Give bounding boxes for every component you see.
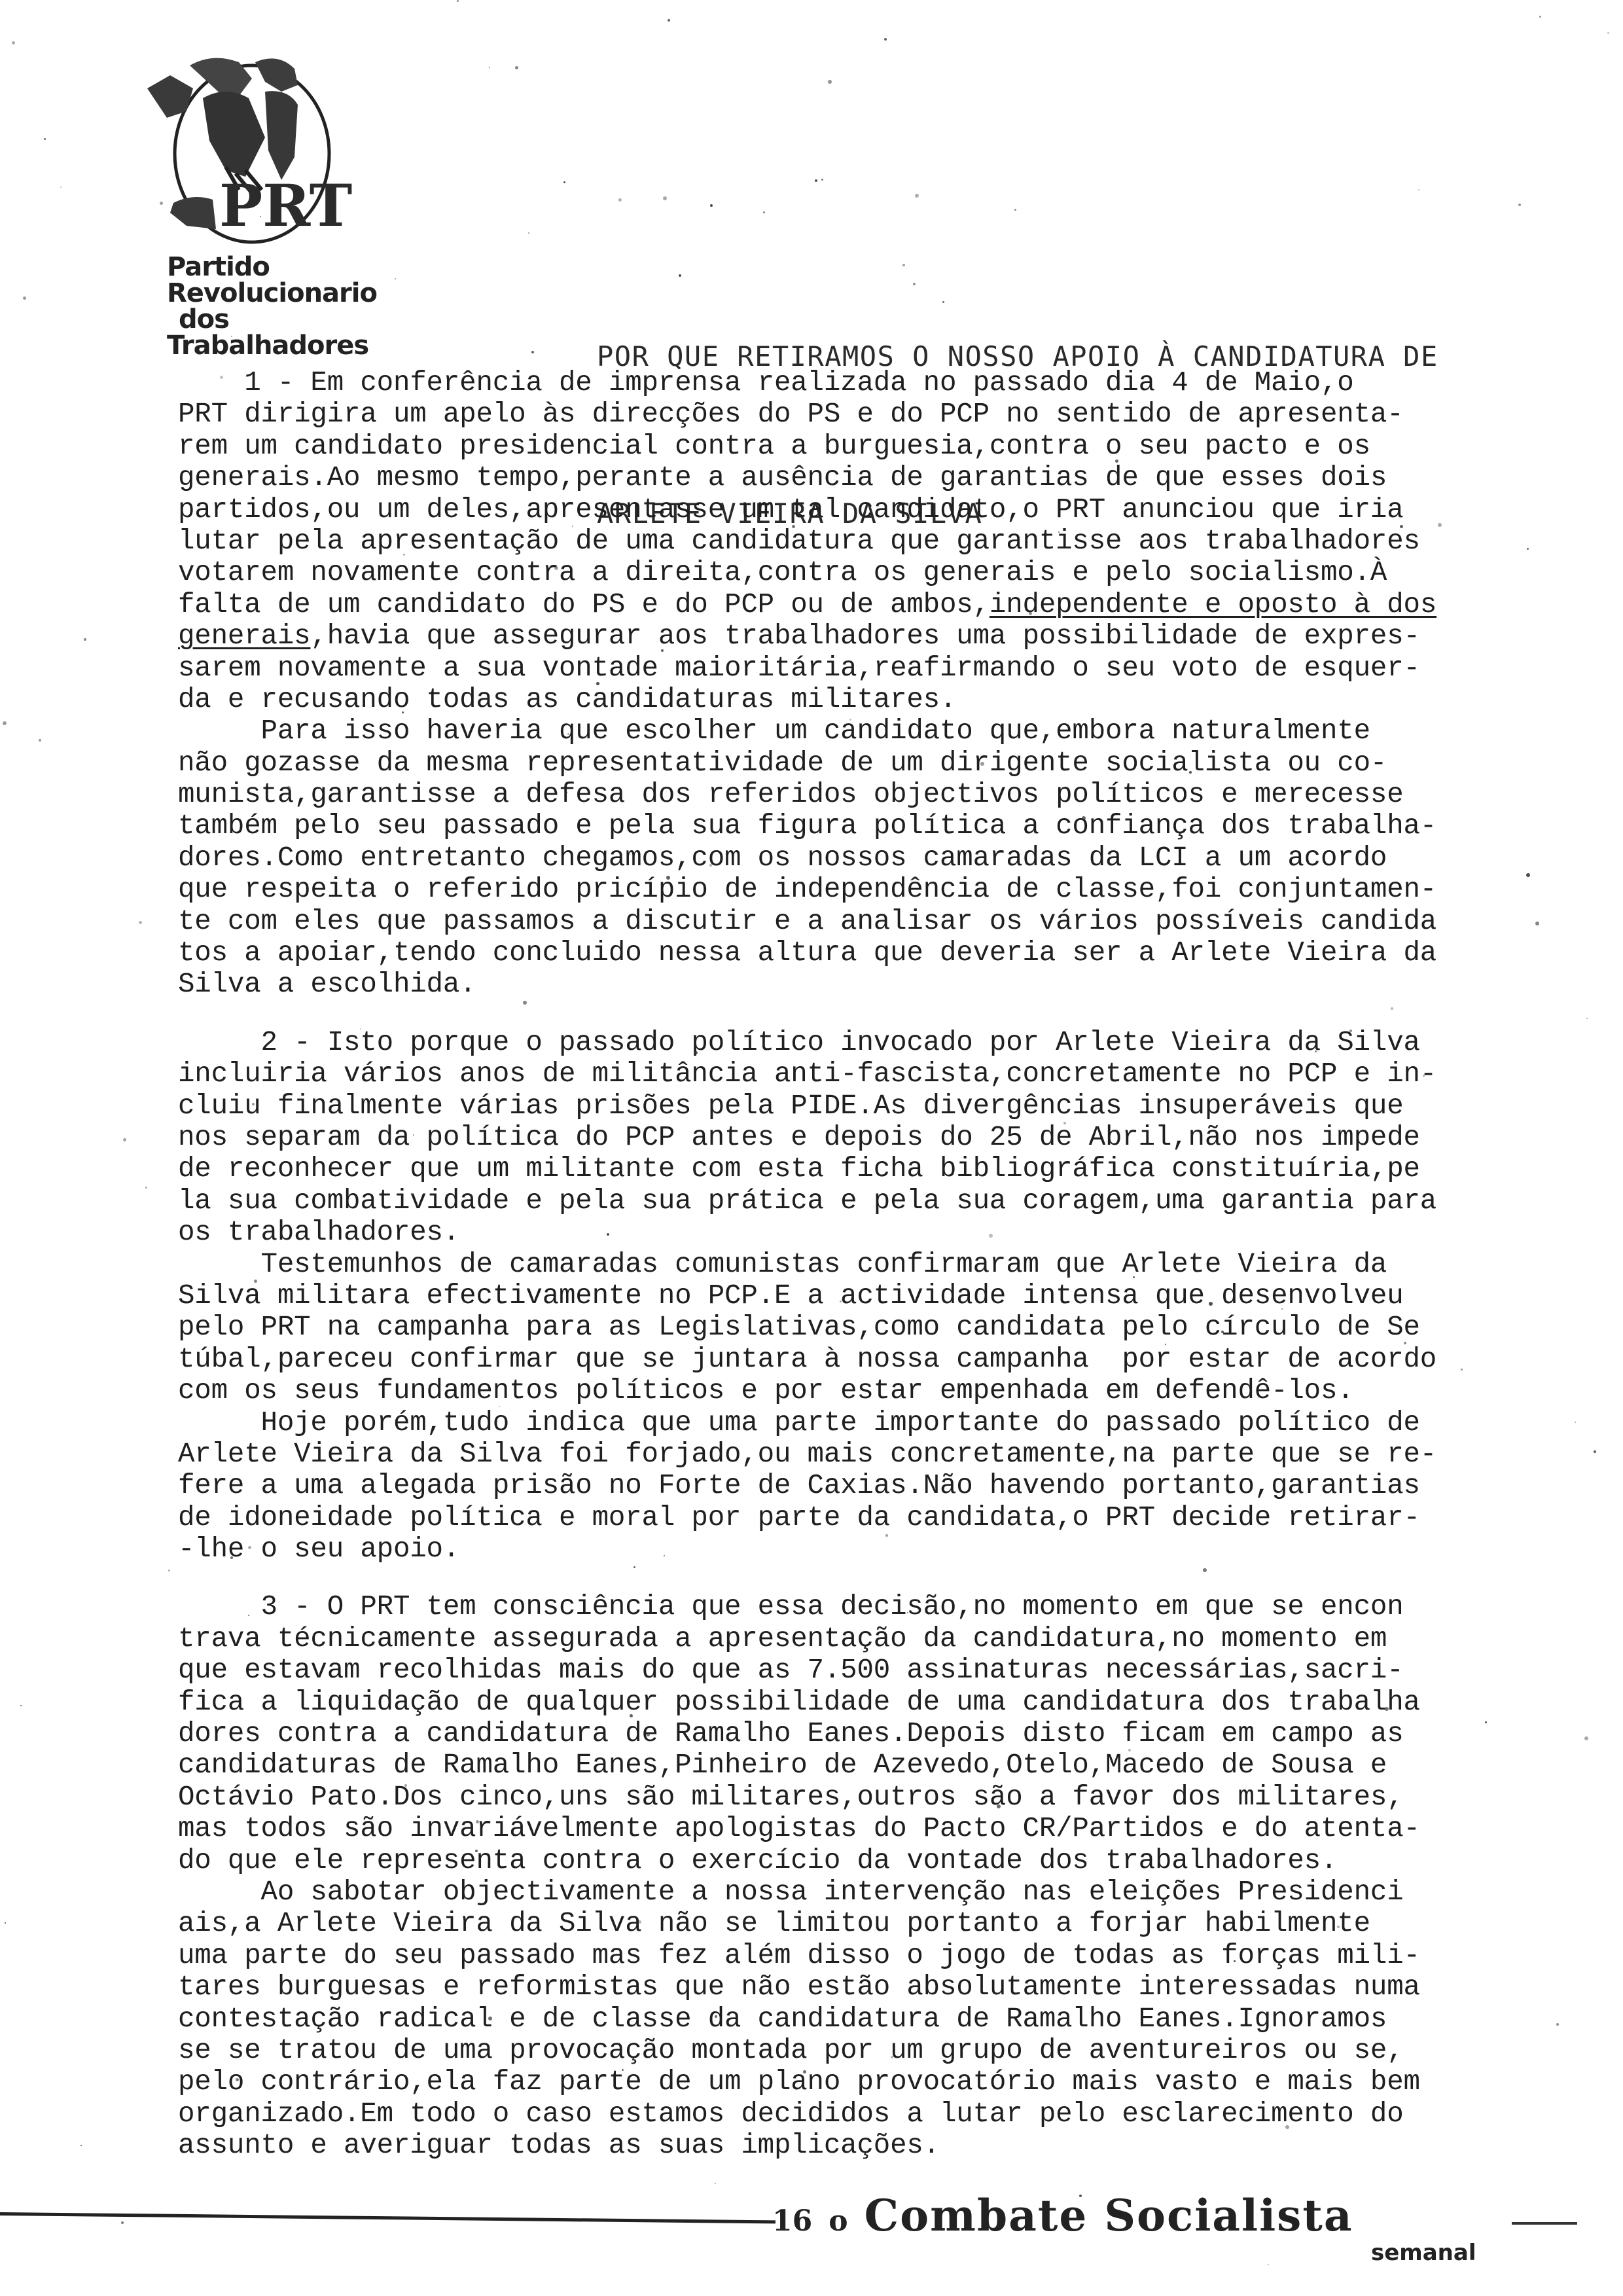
text-line: falta de um candidato do PS e do PCP ou …	[178, 589, 1526, 620]
scan-speck	[457, 0, 459, 2]
scan-speck	[1315, 1050, 1317, 1052]
scan-speck	[449, 788, 452, 791]
scan-speck	[1404, 1342, 1406, 1344]
scan-speck	[60, 187, 62, 188]
scan-speck	[168, 1570, 170, 1571]
paragraph-gap	[178, 1565, 1526, 1591]
text-run: partidos,ou um deles,apresentasse um tal…	[178, 494, 1404, 526]
text-run: se se tratou de uma provocação montada p…	[178, 2035, 1404, 2066]
text-line: incluiria vários anos de militância anti…	[178, 1058, 1526, 1090]
scan-speck	[1196, 1204, 1200, 1208]
publication-name: Combate Socialista	[865, 2190, 1353, 2241]
text-line: trava técnicamente assegurada a apresent…	[178, 1623, 1526, 1655]
party-name-line: Trabalhadores	[167, 332, 377, 359]
text-run: não gozasse da mesma representatividade …	[178, 747, 1387, 779]
text-run: fere a uma alegada prisão no Forte de Ca…	[178, 1470, 1420, 1501]
scan-speck	[803, 2070, 806, 2073]
scan-speck	[647, 1733, 650, 1736]
text-run: também pelo seu passado e pela sua figur…	[178, 810, 1436, 842]
scan-speck	[1173, 1944, 1174, 1945]
text-line: de idoneidade política e moral por parte…	[178, 1502, 1526, 1534]
text-line: contestação radical e de classe da candi…	[178, 2003, 1526, 2035]
text-run: munista,garantisse a defesa dos referido…	[178, 779, 1404, 810]
scan-speck	[902, 264, 905, 266]
text-line: rem um candidato presidencial contra a b…	[178, 431, 1526, 462]
scan-speck	[254, 1280, 257, 1283]
scan-speck	[891, 2056, 893, 2058]
text-line: Testemunhos de camaradas comunistas conf…	[178, 1249, 1526, 1280]
scan-speck	[531, 351, 534, 353]
scan-speck	[413, 1134, 414, 1136]
scan-speck	[1058, 531, 1060, 533]
text-line: da e recusando todas as candidaturas mil…	[178, 684, 1526, 715]
party-name-line: Revolucionario	[167, 280, 377, 306]
scan-speck	[1203, 1568, 1207, 1572]
scan-speck	[715, 2015, 717, 2018]
text-run: tos a apoiar,tendo concluido nessa altur…	[178, 937, 1436, 969]
scan-speck	[1268, 2264, 1269, 2265]
text-run: 3 - O PRT tem consciência que essa decis…	[178, 1591, 1404, 1623]
scan-speck	[910, 1395, 912, 1397]
scan-speck	[1131, 1798, 1133, 1801]
scan-speck	[638, 1920, 641, 1924]
text-line: cluiu finalmente várias prisões pela PID…	[178, 1090, 1526, 1122]
scan-speck	[1337, 1926, 1340, 1928]
scan-speck	[1607, 32, 1609, 34]
scan-speck	[1535, 922, 1539, 925]
scan-speck	[661, 649, 664, 652]
prt-logo: PRT	[141, 26, 357, 249]
text-line: mas todos são invariávelmente apologista…	[178, 1813, 1526, 1844]
scan-speck	[618, 198, 622, 202]
scan-speck	[475, 1850, 478, 1852]
scan-speck	[1518, 204, 1521, 206]
scan-speck	[476, 1820, 479, 1823]
scan-speck	[488, 2017, 492, 2020]
scan-speck	[799, 958, 800, 959]
text-run: nos separam da política do PCP antes e d…	[178, 1122, 1420, 1153]
scan-speck	[403, 554, 405, 556]
scan-speck	[1423, 1075, 1425, 1077]
text-run: dores.Como entretanto chegamos,com os no…	[178, 842, 1387, 874]
scan-speck	[709, 864, 712, 867]
text-line: dores.Como entretanto chegamos,com os no…	[178, 842, 1526, 874]
scan-speck	[1594, 1450, 1596, 1453]
scan-speck	[1584, 1736, 1588, 1740]
scan-speck	[236, 2078, 239, 2081]
text-line: votarem novamente contra a direita,contr…	[178, 557, 1526, 588]
text-line: Para isso haveria que escolher um candid…	[178, 715, 1526, 747]
scan-speck	[633, 1566, 635, 1568]
scan-speck	[1539, 16, 1541, 18]
text-line: organizado.Em todo o caso estamos decidi…	[178, 2098, 1526, 2130]
scan-speck	[989, 1234, 993, 1238]
scan-speck	[815, 179, 817, 182]
scan-speck	[1527, 548, 1529, 550]
scan-speck	[404, 1784, 407, 1787]
scan-speck	[5, 1922, 6, 1924]
text-line: assunto e averiguar todas as suas implic…	[178, 2130, 1526, 2161]
scan-speck	[849, 719, 851, 721]
text-line: -lhe o seu apoio.	[178, 1534, 1526, 1565]
text-line: candidaturas de Ramalho Eanes,Pinheiro d…	[178, 1749, 1526, 1781]
scan-speck	[381, 1697, 383, 1699]
scan-speck	[907, 1612, 908, 1613]
text-run: rem um candidato presidencial contra a b…	[178, 431, 1370, 462]
scan-speck	[885, 1534, 888, 1537]
text-run: contestação radical e de classe da candi…	[178, 2003, 1387, 2035]
text-line: também pelo seu passado e pela sua figur…	[178, 810, 1526, 842]
scan-speck	[1079, 2195, 1082, 2197]
scan-speck	[1461, 1369, 1463, 1371]
scan-speck	[528, 232, 529, 234]
text-line: te com eles que passamos a discutir e a …	[178, 906, 1526, 937]
text-run: votarem novamente contra a direita,contr…	[178, 557, 1387, 588]
text-line: se se tratou de uma provocação montada p…	[178, 2035, 1526, 2066]
scan-speck	[12, 41, 15, 45]
text-run: Silva militara efectivamente no PCP.E a …	[178, 1280, 1404, 1312]
text-line: de reconhecer que um militante com esta …	[178, 1153, 1526, 1185]
scan-speck	[1014, 209, 1016, 211]
text-run: organizado.Em todo o caso estamos decidi…	[178, 2098, 1404, 2130]
scan-speck	[1526, 873, 1530, 877]
text-line: sarem novamente a sua vontade maioritári…	[178, 653, 1526, 684]
scan-speck	[160, 202, 163, 205]
text-run: que respeita o referido pricípio de inde…	[178, 874, 1436, 905]
text-run: os trabalhadores.	[178, 1217, 459, 1248]
scan-speck	[39, 739, 41, 742]
prt-worker-emblem-icon: PRT	[141, 26, 357, 249]
text-run: 2 - Isto porque o passado político invoc…	[178, 1027, 1420, 1058]
text-run: Testemunhos de camaradas comunistas conf…	[178, 1249, 1387, 1280]
text-line: 1 - Em conferência de imprensa realizada…	[178, 367, 1526, 399]
text-run: de reconhecer que um militante com esta …	[178, 1153, 1420, 1185]
scan-speck	[1165, 1344, 1166, 1345]
scan-speck	[1285, 2125, 1289, 2129]
text-line: túbal,pareceu confirmar que se juntara à…	[178, 1344, 1526, 1375]
scan-speck	[1349, 1030, 1352, 1032]
text-run: Para isso haveria que escolher um candid…	[178, 715, 1370, 747]
text-run: trava técnicamente assegurada a apresent…	[178, 1623, 1387, 1655]
scan-speck	[1234, 1960, 1236, 1962]
text-line: lutar pela apresentação de uma candidatu…	[178, 526, 1526, 557]
text-run: falta de um candidato do PS e do PCP ou …	[178, 589, 990, 620]
article-body: 1 - Em conferência de imprensa realizada…	[178, 367, 1526, 2161]
scan-speck	[395, 278, 396, 279]
underlined-text: generais	[178, 620, 310, 652]
text-line: PRT dirigira um apelo às direcções do PS…	[178, 399, 1526, 430]
scan-speck	[248, 1615, 249, 1616]
text-line: tos a apoiar,tendo concluido nessa altur…	[178, 937, 1526, 969]
text-run: com os seus fundamentos políticos e por …	[178, 1375, 1354, 1407]
text-run: tares burguesas e reformistas que não es…	[178, 1971, 1420, 2003]
scan-speck	[572, 526, 573, 527]
scan-speck	[630, 1714, 633, 1717]
scan-speck	[607, 1233, 609, 1236]
scan-speck	[1063, 1122, 1066, 1124]
scan-speck	[594, 1066, 595, 1067]
text-run: la sua combatividade e pela sua prática …	[178, 1185, 1436, 1217]
document-page: PRT Partido Revolucionario dos Trabalhad…	[0, 0, 1623, 2296]
scan-speck	[554, 566, 558, 570]
scan-speck	[679, 274, 681, 277]
scan-speck	[1115, 459, 1118, 463]
text-line: Silva a escolhida.	[178, 969, 1526, 1000]
text-run: Octávio Pato.Dos cinco,uns são militares…	[178, 1782, 1404, 1813]
text-line: do que ele representa contra o exercício…	[178, 1845, 1526, 1876]
text-line: tares burguesas e reformistas que não es…	[178, 1971, 1526, 2003]
scan-speck	[622, 2069, 624, 2071]
party-name-line: Partido	[167, 254, 377, 280]
text-line: com os seus fundamentos políticos e por …	[178, 1375, 1526, 1407]
scan-speck	[20, 1705, 22, 1706]
scan-speck	[840, 1300, 842, 1302]
text-line: que respeita o referido pricípio de inde…	[178, 874, 1526, 905]
scan-speck	[1391, 1007, 1393, 1010]
scan-speck	[499, 1406, 500, 1407]
underlined-text: independente e oposto à dos	[990, 589, 1436, 620]
text-run: -lhe o seu apoio.	[178, 1534, 459, 1565]
text-run: dores contra a candidatura de Ramalho Ea…	[178, 1718, 1404, 1749]
text-run: assunto e averiguar todas as suas implic…	[178, 2130, 940, 2161]
scan-speck	[980, 762, 984, 766]
text-run: Arlete Vieira da Silva foi forjado,ou ma…	[178, 1439, 1436, 1470]
scan-speck	[596, 682, 599, 685]
text-line: Octávio Pato.Dos cinco,uns são militares…	[178, 1782, 1526, 1813]
text-run: te com eles que passamos a discutir e a …	[178, 906, 1436, 937]
scan-speck	[566, 792, 567, 793]
text-run: ,havia que assegurar aos trabalhadores u…	[310, 620, 1419, 652]
text-line: os trabalhadores.	[178, 1217, 1526, 1248]
text-run: do que ele representa contra o exercício…	[178, 1845, 1337, 1876]
masthead-prefix: o	[829, 2204, 847, 2238]
text-line: pelo contrário,ela faz parte de um plano…	[178, 2066, 1526, 2098]
scan-speck	[1082, 816, 1086, 820]
scan-speck	[360, 1028, 361, 1030]
text-line: Silva militara efectivamente no PCP.E a …	[178, 1280, 1526, 1312]
scan-speck	[402, 711, 404, 713]
scan-speck	[145, 1187, 147, 1189]
scan-speck	[403, 918, 406, 921]
scan-speck	[715, 2183, 716, 2184]
scan-speck	[84, 638, 86, 641]
scan-speck	[489, 67, 490, 68]
scan-speck	[1209, 1302, 1213, 1306]
scan-speck	[1438, 523, 1442, 527]
text-run: PRT dirigira um apelo às direcções do PS…	[178, 399, 1404, 430]
text-line: generais,havia que assegurar aos trabalh…	[178, 620, 1526, 652]
text-run: candidaturas de Ramalho Eanes,Pinheiro d…	[178, 1749, 1387, 1781]
text-line: fica a liquidação de qualquer possibilid…	[178, 1687, 1526, 1718]
scan-speck	[23, 296, 26, 300]
text-line: dores contra a candidatura de Ramalho Ea…	[178, 1718, 1526, 1749]
text-run: túbal,pareceu confirmar que se juntara à…	[178, 1344, 1436, 1375]
text-run: de idoneidade política e moral por parte…	[178, 1502, 1420, 1534]
text-run: incluiria vários anos de militância anti…	[178, 1058, 1436, 1090]
text-run: generais.Ao mesmo tempo,perante a ausênc…	[178, 462, 1387, 493]
text-run: pelo contrário,ela faz parte de um plano…	[178, 2066, 1420, 2098]
scan-speck	[942, 301, 944, 303]
text-run: uma parte do seu passado mas fez além di…	[178, 1940, 1420, 1971]
scan-speck	[260, 216, 261, 217]
text-run: ais,a Arlete Vieira da Silva não se limi…	[178, 1908, 1370, 1939]
text-line: fere a uma alegada prisão no Forte de Ca…	[178, 1470, 1526, 1501]
scan-speck	[1189, 771, 1192, 774]
scan-speck	[231, 336, 232, 337]
scan-speck	[269, 629, 270, 630]
text-run: cluiu finalmente várias prisões pela PID…	[178, 1090, 1404, 1122]
scan-speck	[1485, 1721, 1487, 1723]
scan-speck	[359, 891, 362, 893]
scan-speck	[792, 525, 795, 528]
text-run: lutar pela apresentação de uma candidatu…	[178, 526, 1420, 557]
scan-speck	[287, 786, 291, 790]
scan-speck	[1556, 2023, 1559, 2026]
scan-speck	[664, 1555, 665, 1556]
text-line: não gozasse da mesma representatividade …	[178, 747, 1526, 779]
text-run: pelo PRT na campanha para as Legislativa…	[178, 1312, 1420, 1343]
scan-speck	[821, 179, 823, 181]
scan-speck	[220, 376, 223, 379]
text-line: que estavam recolhidas mais do que as 7.…	[178, 1655, 1526, 1686]
party-name: Partido Revolucionario dos Trabalhadores	[167, 254, 377, 359]
scan-speck	[763, 211, 765, 213]
scan-speck	[666, 876, 670, 880]
party-name-line: dos	[167, 306, 377, 332]
text-line: generais.Ao mesmo tempo,perante a ausênc…	[178, 462, 1526, 493]
scan-speck	[1029, 612, 1032, 615]
text-line: 3 - O PRT tem consciência que essa decis…	[178, 1591, 1526, 1623]
scan-speck	[139, 921, 142, 924]
text-line: Arlete Vieira da Silva foi forjado,ou ma…	[178, 1439, 1526, 1470]
scan-speck	[710, 204, 713, 207]
text-line: uma parte do seu passado mas fez além di…	[178, 1940, 1526, 1971]
footer-rule-right	[1512, 2222, 1577, 2225]
scan-speck	[668, 19, 670, 22]
scan-speck	[1400, 525, 1403, 528]
scan-speck	[523, 1001, 527, 1005]
text-run: Silva a escolhida.	[178, 969, 476, 1000]
scan-speck	[230, 1556, 233, 1559]
text-line: partidos,ou um deles,apresentasse um tal…	[178, 494, 1526, 526]
scan-speck	[997, 1804, 1001, 1808]
paragraph-gap	[178, 1001, 1526, 1027]
text-line: pelo PRT na campanha para as Legislativa…	[178, 1312, 1526, 1343]
footer-rule-left	[0, 2212, 776, 2223]
scan-speck	[913, 283, 916, 285]
scan-speck	[44, 138, 46, 140]
scan-speck	[1133, 1276, 1135, 1278]
publication-masthead: 16 o Combate Socialista	[772, 2193, 1353, 2244]
scan-speck	[567, 733, 569, 735]
scan-speck	[915, 194, 919, 198]
scan-speck	[730, 1729, 731, 1731]
text-line: munista,garantisse a defesa dos referido…	[178, 779, 1526, 810]
text-run: fica a liquidação de qualquer possibilid…	[178, 1687, 1420, 1718]
scan-speck	[3, 721, 7, 725]
text-run: mas todos são invariávelmente apologista…	[178, 1813, 1420, 1844]
scan-speck	[1281, 1308, 1283, 1310]
scan-speck	[784, 1047, 785, 1049]
scan-speck	[884, 38, 887, 41]
scan-speck	[1221, 1331, 1224, 1333]
text-line: la sua combatividade e pela sua prática …	[178, 1185, 1526, 1217]
scan-speck	[694, 1051, 698, 1054]
scan-speck	[123, 1138, 126, 1141]
text-run: da e recusando todas as candidaturas mil…	[178, 684, 956, 715]
page-number: 16	[772, 2204, 812, 2238]
scan-speck	[515, 66, 518, 69]
text-run: 1 - Em conferência de imprensa realizada…	[178, 367, 1354, 399]
scan-speck	[248, 1546, 251, 1549]
scan-speck	[1385, 1707, 1389, 1711]
scan-speck	[563, 181, 565, 183]
scan-speck	[1586, 1018, 1588, 1019]
scan-speck	[1277, 2047, 1278, 2048]
text-line: ais,a Arlete Vieira da Silva não se limi…	[178, 1908, 1526, 1939]
scan-speck	[1418, 189, 1419, 190]
text-line: nos separam da política do PCP antes e d…	[178, 1122, 1526, 1153]
scan-speck	[1575, 1422, 1576, 1423]
text-run: que estavam recolhidas mais do que as 7.…	[178, 1655, 1404, 1686]
text-run: Ao sabotar objectivamente a nossa interv…	[178, 1876, 1404, 1908]
scan-speck	[80, 2145, 82, 2146]
text-run: Hoje porém,tudo indica que uma parte imp…	[178, 1407, 1420, 1439]
scan-speck	[663, 196, 667, 200]
text-run: sarem novamente a sua vontade maioritári…	[178, 653, 1420, 684]
text-line: Hoje porém,tudo indica que uma parte imp…	[178, 1407, 1526, 1439]
text-line: Ao sabotar objectivamente a nossa interv…	[178, 1876, 1526, 1908]
scan-speck	[121, 2221, 124, 2224]
prt-initials: PRT	[219, 171, 352, 240]
scan-speck	[252, 1103, 255, 1105]
scan-speck	[828, 80, 832, 84]
text-line: 2 - Isto porque o passado político invoc…	[178, 1027, 1526, 1058]
publication-frequency: semanal	[1371, 2240, 1476, 2266]
scan-speck	[1128, 1749, 1131, 1751]
